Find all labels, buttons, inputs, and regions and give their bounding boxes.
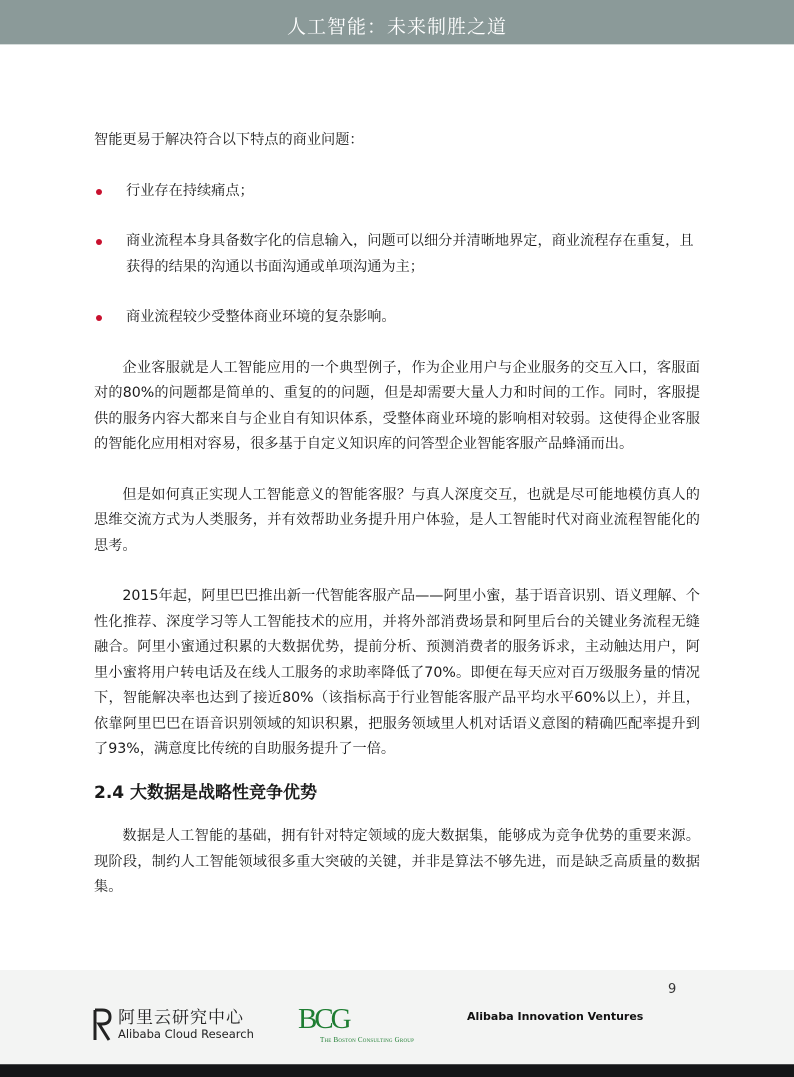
bullet-text: 行业存在持续痛点； <box>126 183 254 199</box>
bullet-icon <box>96 315 102 321</box>
bullet-item: 商业流程较少受整体商业环境的复杂影响。 <box>94 305 700 331</box>
section-heading: 2.4 大数据是战略性竞争优势 <box>94 781 700 807</box>
bullet-text: 商业流程较少受整体商业环境的复杂影响。 <box>126 309 396 325</box>
paragraph-real-ai-service: 但是如何真正实现人工智能意义的智能客服？与真人深度交互，也就是尽可能地模仿真人的… <box>94 483 700 560</box>
alibaba-logo-en: Alibaba Cloud Research <box>118 1027 254 1041</box>
document-title: 人工智能：未来制胜之道 <box>287 12 507 39</box>
bullet-list: 行业存在持续痛点； 商业流程本身具备数字化的信息输入，问题可以细分并清晰地界定，… <box>94 179 700 331</box>
page-footer: 9 阿里云研究中心 Alibaba Cloud Research BCG The… <box>0 970 794 1064</box>
paragraph-big-data: 数据是人工智能的基础，拥有针对特定领域的庞大数据集，能够成为竞争优势的重要来源。… <box>94 824 700 901</box>
bullet-item: 商业流程本身具备数字化的信息输入，问题可以细分并清晰地界定，商业流程存在重复，且… <box>94 229 700 280</box>
alibaba-cloud-research-logo: 阿里云研究中心 Alibaba Cloud Research <box>92 1008 254 1042</box>
bcg-logo: BCG The Boston Consulting Group <box>298 1004 414 1044</box>
bullet-item: 行业存在持续痛点； <box>94 179 700 205</box>
paragraph-customer-service: 企业客服就是人工智能应用的一个典型例子，作为企业用户与企业服务的交互入口，客服面… <box>94 356 700 458</box>
bullet-icon <box>96 189 102 195</box>
bullet-icon <box>96 239 102 245</box>
bcg-mark: BCG <box>298 1004 414 1034</box>
alibaba-r-logo-icon <box>92 1008 112 1042</box>
page-header: 人工智能：未来制胜之道 <box>0 0 794 45</box>
bottom-bar <box>0 1064 794 1077</box>
bullet-text: 商业流程本身具备数字化的信息输入，问题可以细分并清晰地界定，商业流程存在重复，且… <box>126 233 694 275</box>
page-content: 智能更易于解决符合以下特点的商业问题： 行业存在持续痛点； 商业流程本身具备数字… <box>94 120 700 901</box>
paragraph-alime: 2015年起，阿里巴巴推出新一代智能客服产品——阿里小蜜，基于语音识别、语义理解… <box>94 584 700 763</box>
bcg-subtitle: The Boston Consulting Group <box>320 1036 414 1044</box>
page-number: 9 <box>668 982 676 997</box>
alibaba-logo-cn: 阿里云研究中心 <box>118 1009 254 1027</box>
intro-text: 智能更易于解决符合以下特点的商业问题： <box>94 128 700 154</box>
alibaba-innovation-ventures-logo: Alibaba Innovation Ventures <box>467 1010 643 1023</box>
